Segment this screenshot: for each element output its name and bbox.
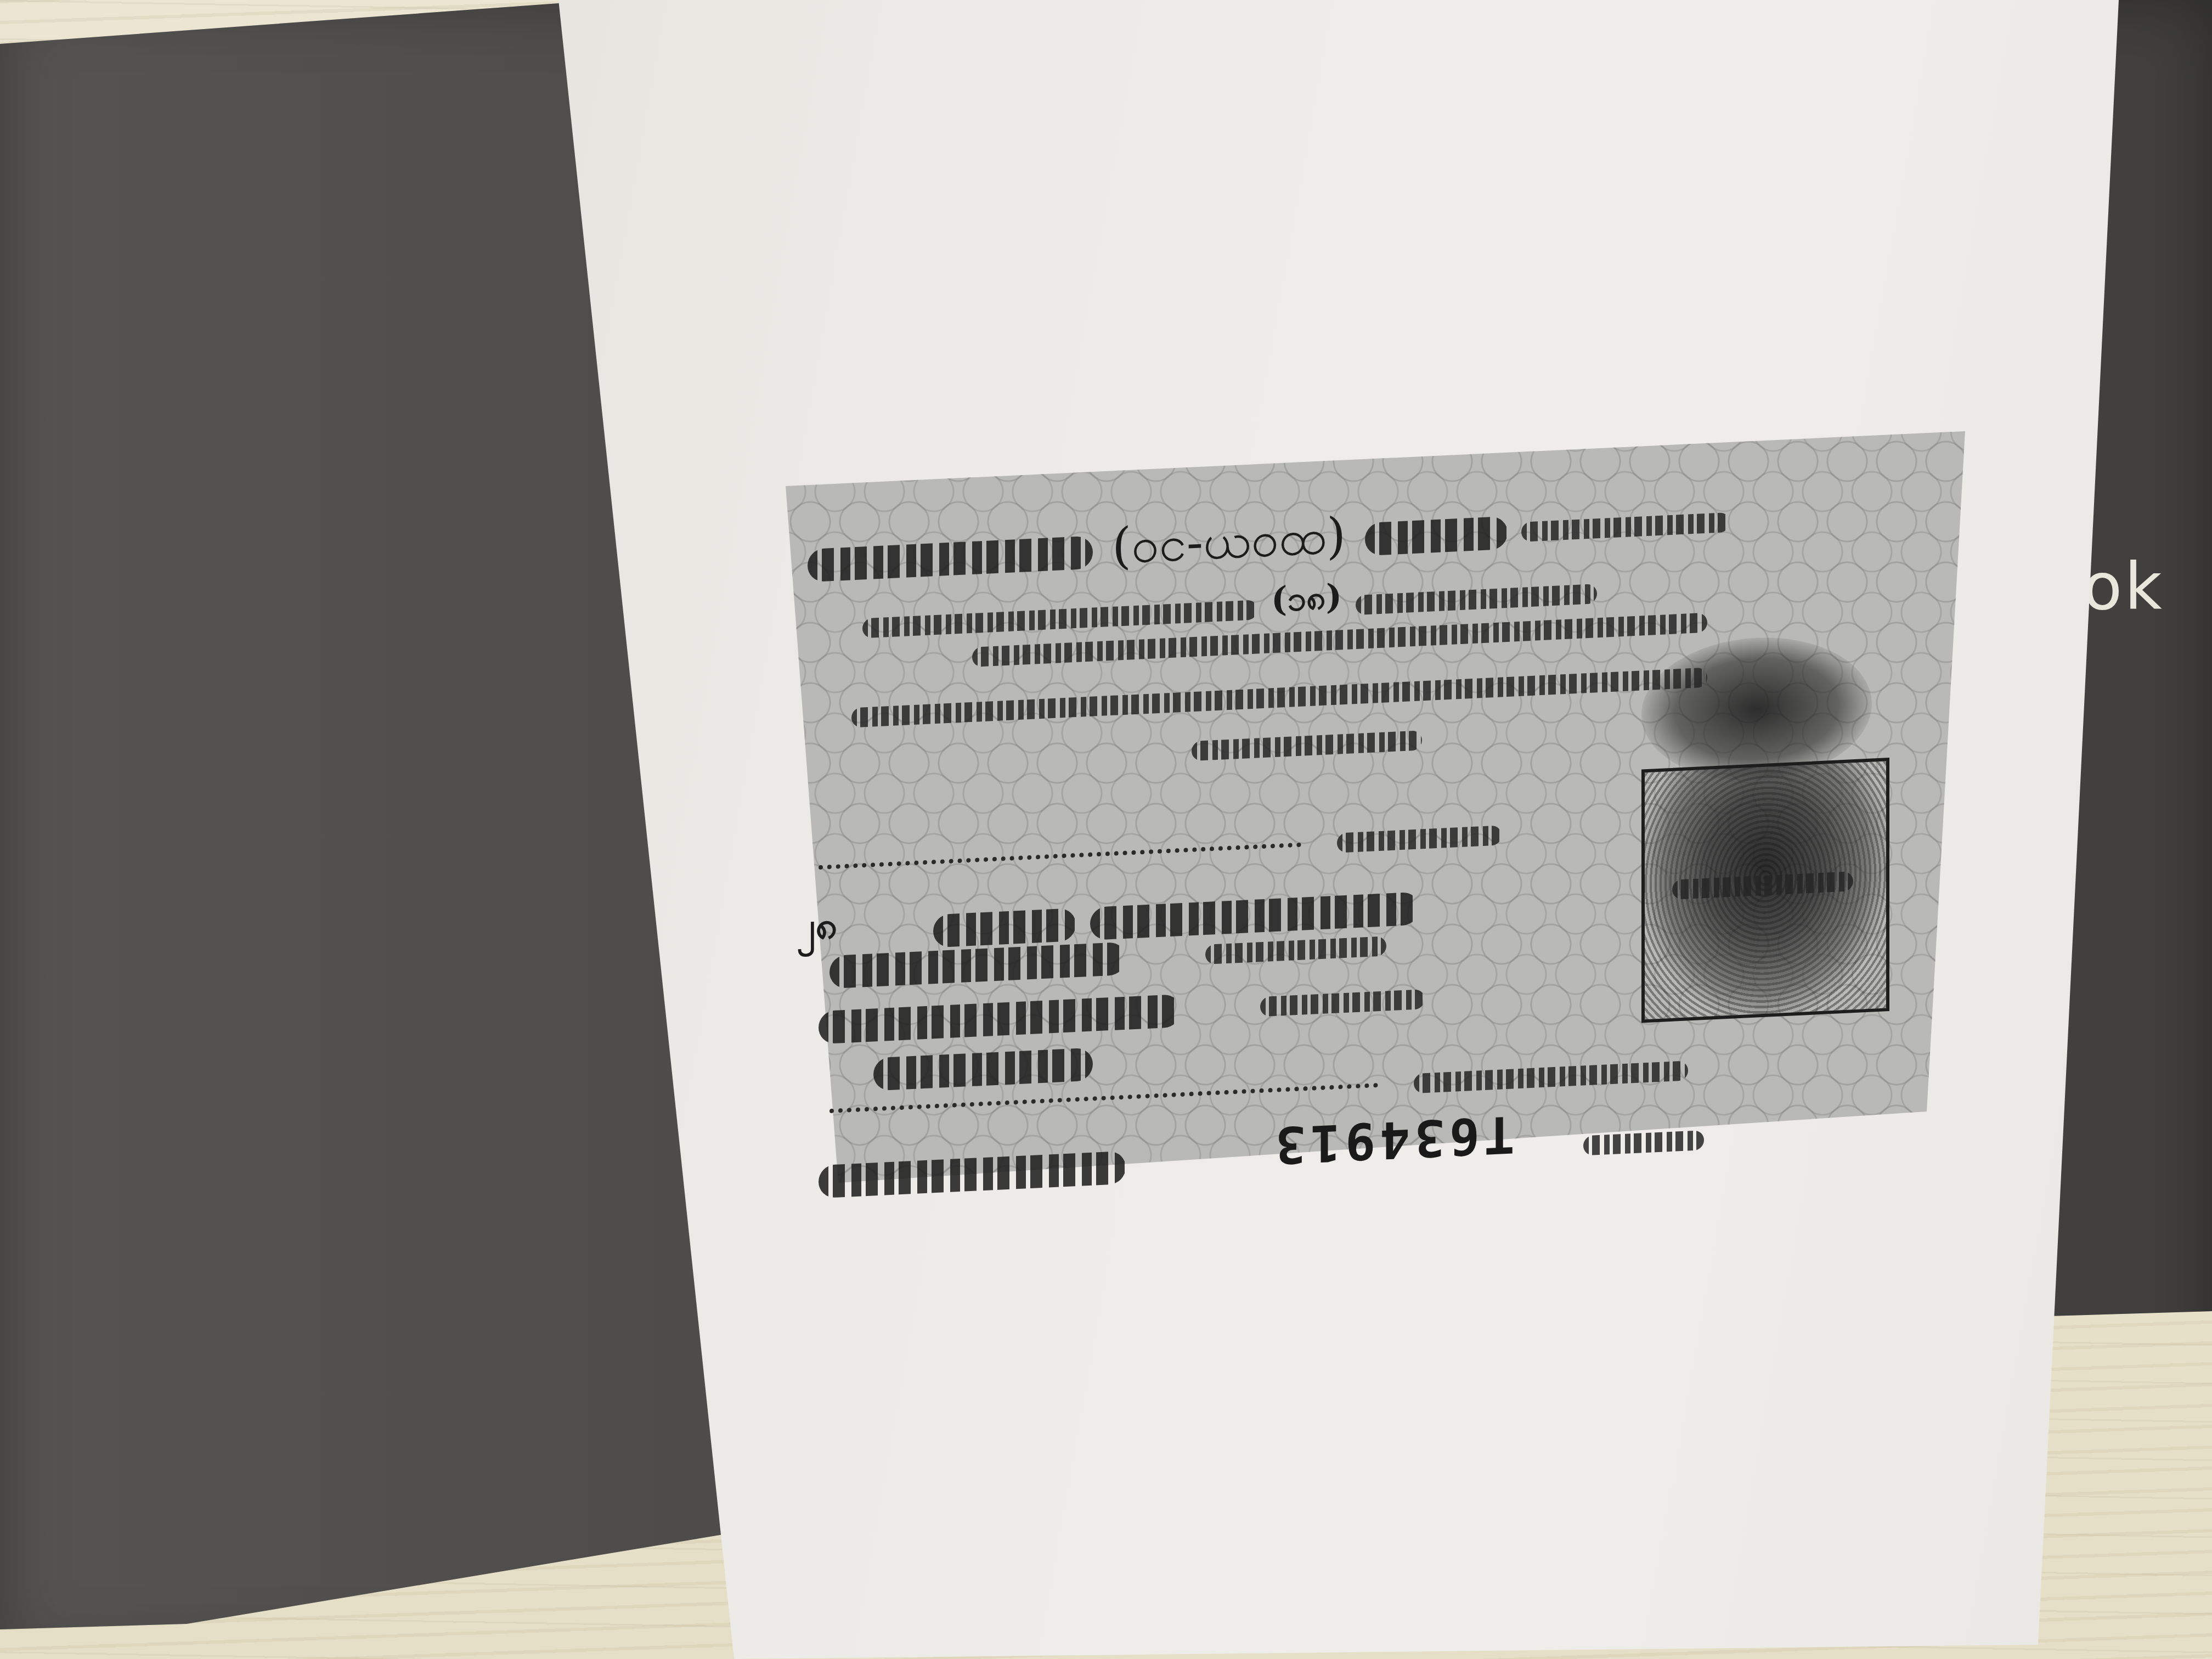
fingerprint-box — [1641, 758, 1889, 1023]
card-content: (ဝင-ယဝထ) (၁၈) ၂၈ — [786, 375, 1971, 1183]
field-3-label — [1205, 936, 1386, 964]
handwritten-signature — [933, 908, 1076, 947]
field-1-dotted-line — [819, 843, 1301, 870]
body-line-4-script — [1192, 730, 1422, 761]
field-row-1 — [819, 825, 1502, 877]
header-script-right — [1521, 512, 1730, 541]
header-paren-text: (ဝင-ယဝထ) — [1112, 507, 1346, 575]
field-row-4 — [819, 983, 1425, 1044]
field-4-handwritten-value — [819, 994, 1181, 1044]
field-1-label — [1337, 825, 1502, 853]
fingerprint-label — [1672, 867, 1853, 901]
header-script-left — [808, 535, 1093, 582]
card-number: T634913 — [1271, 1104, 1515, 1175]
field-6-label — [1414, 1060, 1688, 1093]
fingerprint-label-script — [1672, 871, 1853, 900]
body-line-3-script — [851, 668, 1707, 728]
field-5-handwritten-value — [873, 1048, 1093, 1091]
body-line-1-script-b — [1356, 584, 1597, 615]
field-row-5 — [873, 1048, 1093, 1091]
body-line-3 — [851, 668, 1707, 728]
id-card-scan: (ဝင-ယဝထ) (၁၈) ၂၈ — [786, 431, 1971, 1183]
paragraph-number: (၁၈) — [1271, 576, 1342, 619]
body-line-1-script-a — [862, 600, 1257, 638]
header-script-mid — [1365, 516, 1508, 555]
body-line-4 — [1192, 730, 1422, 761]
field-4-label — [1260, 989, 1425, 1017]
card-number-label — [1583, 1130, 1704, 1155]
handwritten-number: ၂၈ — [797, 902, 837, 950]
